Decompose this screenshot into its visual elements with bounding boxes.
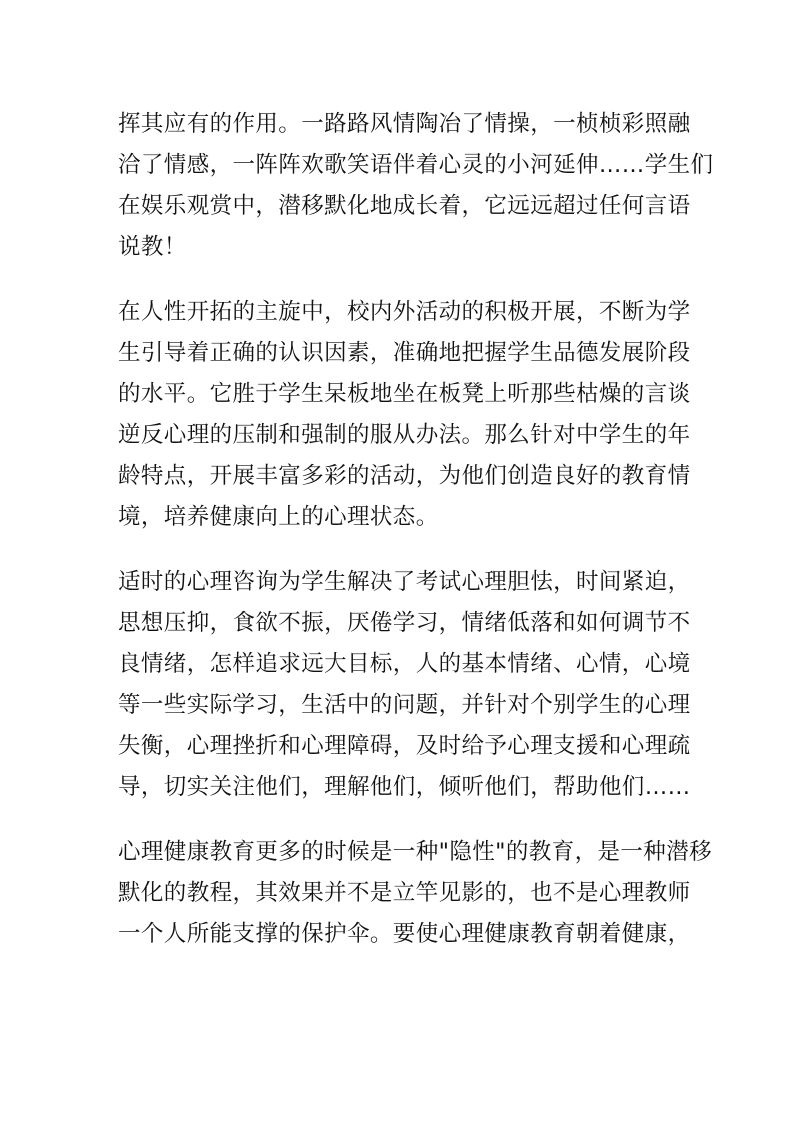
text-line: 良情绪，怎样追求远大目标，人的基本情绪、心情，心境 [118, 644, 678, 685]
text-line: 龄特点，开展丰富多彩的活动，为他们创造良好的教育情 [118, 456, 678, 497]
text-line: 一个人所能支撑的保护伞。要使心理健康教育朝着健康， [118, 914, 678, 955]
paragraph-1: 挥其应有的作用。一路路风情陶冶了情操，一桢桢彩照融 洽了情感，一阵阵欢歌笑语伴着… [118, 104, 678, 268]
text-line: 在人性开拓的主旋中，校内外活动的积极开展，不断为学 [118, 292, 678, 333]
paragraph-4: 心理健康教育更多的时候是一种"隐性"的教育，是一种潜移 默化的教程，其效果并不是… [118, 832, 678, 955]
text-line: 逆反心理的压制和强制的服从办法。那么针对中学生的年 [118, 415, 678, 456]
text-line: 导，切实关注他们，理解他们，倾听他们，帮助他们…… [118, 767, 678, 808]
paragraph-3: 适时的心理咨询为学生解决了考试心理胆怯，时间紧迫， 思想压抑，食欲不振，厌倦学习… [118, 562, 678, 808]
paragraph-2: 在人性开拓的主旋中，校内外活动的积极开展，不断为学 生引导着正确的认识因素，准确… [118, 292, 678, 538]
text-line: 洽了情感，一阵阵欢歌笑语伴着心灵的小河延伸……学生们 [118, 145, 678, 186]
text-line: 心理健康教育更多的时候是一种"隐性"的教育，是一种潜移 [118, 832, 678, 873]
text-line: 生引导着正确的认识因素，准确地把握学生品德发展阶段 [118, 333, 678, 374]
text-line: 默化的教程，其效果并不是立竿见影的，也不是心理教师 [118, 873, 678, 914]
text-line: 的水平。它胜于学生呆板地坐在板凳上听那些枯燥的言谈 [118, 374, 678, 415]
text-line: 思想压抑，食欲不振，厌倦学习，情绪低落和如何调节不 [118, 603, 678, 644]
text-line: 适时的心理咨询为学生解决了考试心理胆怯，时间紧迫， [118, 562, 678, 603]
text-line: 等一些实际学习，生活中的问题，并针对个别学生的心理 [118, 685, 678, 726]
text-line: 失衡，心理挫折和心理障碍，及时给予心理支援和心理疏 [118, 726, 678, 767]
text-line: 境，培养健康向上的心理状态。 [118, 497, 678, 538]
document-page: 挥其应有的作用。一路路风情陶冶了情操，一桢桢彩照融 洽了情感，一阵阵欢歌笑语伴着… [118, 104, 678, 979]
text-line: 挥其应有的作用。一路路风情陶冶了情操，一桢桢彩照融 [118, 104, 678, 145]
text-line: 在娱乐观赏中，潜移默化地成长着，它远远超过任何言语 [118, 186, 678, 227]
text-line: 说教！ [118, 227, 678, 268]
